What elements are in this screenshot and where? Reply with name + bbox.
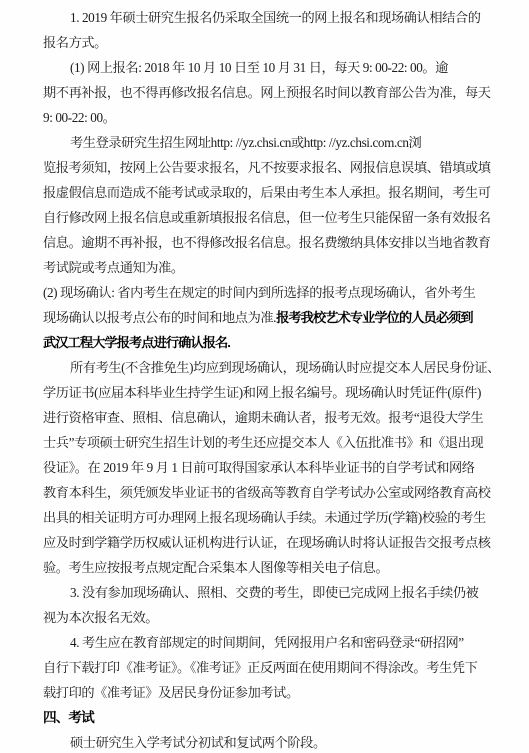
text-run: 3. 没有参加现场确认、照相、交费的考生，即使已完成网上报名手续仍被	[70, 585, 478, 600]
text-line: 3. 没有参加现场确认、照相、交费的考生，即使已完成网上报名手续仍被	[43, 580, 489, 605]
text-line: 载打印的《准考证》及居民身份证参加考试。	[43, 680, 489, 705]
text-run: 载打印的《准考证》及居民身份证参加考试。	[43, 685, 299, 700]
text-line: 报虚假信息而造成不能考试或录取的，后果由考生本人承担。报名期间，考生可	[43, 180, 489, 205]
text-line: 自行修改网上报名信息或重新填报报名信息，但一位考生只能保留一条有效报名	[43, 205, 489, 230]
bold-text-run: 四、考试	[43, 710, 94, 725]
bold-text-run: 武汉工程大学报考点进行确认报名.	[43, 335, 230, 350]
section-heading: 四、考试	[43, 705, 489, 730]
text-line: 览报考须知，按网上公告要求报名，凡不按要求报名、网报信息误填、错填或填	[43, 155, 489, 180]
text-line: 硕士研究生入学考试分初试和复试两个阶段。	[43, 730, 489, 753]
text-run: 自行下载打印《准考证》。《准考证》正反两面在使用期间不得涂改。考生凭下	[43, 660, 477, 675]
text-run: 役证》。在 2019 年 9 月 1 日前可取得国家承认本科毕业证书的自学考试和…	[43, 460, 475, 475]
text-line: 应及时到学籍学历权威认证机构进行认证，在现场确认时将认证报告交报考点核	[43, 530, 489, 555]
text-run: 视为本次报名无效。	[43, 610, 158, 625]
document-page: 1. 2019 年硕士研究生报名仍采取全国统一的网上报名和现场确认相结合的报名方…	[0, 0, 529, 753]
text-run: (2) 现场确认: 省内考生在规定的时间内到所选择的报考点现场确认，省外考生	[43, 285, 475, 300]
text-run: 学历证书(应届本科毕业生持学生证)和网上报名编号。现场确认时凭证件(原件)	[43, 385, 481, 400]
text-line: 出具的相关证明方可办理网上报名现场确认手续。未通过学历(学籍)校验的考生	[43, 505, 489, 530]
text-run: (1) 网上报名: 2018 年 10 月 10 日至 10 月 31 日，每天…	[70, 60, 448, 75]
text-line: 考生登录研究生招生网址http: //yz.chsi.cn或http: //yz…	[43, 130, 489, 155]
text-run: 报名方式。	[43, 35, 107, 50]
text-run: 9: 00-22: 00。	[43, 110, 115, 125]
text-line: 4. 考生应在教育部规定的时间期间，凭网报用户名和密码登录“研招网”	[43, 630, 489, 655]
text-line: 学历证书(应届本科毕业生持学生证)和网上报名编号。现场确认时凭证件(原件)	[43, 380, 489, 405]
text-line: 自行下载打印《准考证》。《准考证》正反两面在使用期间不得涂改。考生凭下	[43, 655, 489, 680]
text-line: 1. 2019 年硕士研究生报名仍采取全国统一的网上报名和现场确认相结合的	[43, 5, 489, 30]
document-body: 1. 2019 年硕士研究生报名仍采取全国统一的网上报名和现场确认相结合的报名方…	[43, 5, 489, 753]
text-run: 教育本科生，须凭颁发毕业证书的省级高等教育自学考试办公室或网络教育高校	[43, 485, 491, 500]
text-line: 报名方式。	[43, 30, 489, 55]
text-run: 硕士研究生入学考试分初试和复试两个阶段。	[70, 735, 326, 750]
text-run: 信息。逾期不再补报，也不得修改报名信息。报名费缴纳具体安排以当地省教育	[43, 235, 491, 250]
text-line: 现场确认以报考点公布的时间和地点为准.报考我校艺术专业学位的人员必须到	[43, 305, 489, 330]
text-run: 进行资格审查、照相、信息确认，逾期未确认者，报考无效。报考“退役大学生	[43, 410, 483, 425]
text-line: 武汉工程大学报考点进行确认报名.	[43, 330, 489, 355]
text-run: 报虚假信息而造成不能考试或录取的，后果由考生本人承担。报名期间，考生可	[43, 185, 491, 200]
text-run: 应及时到学籍学历权威认证机构进行认证，在现场确认时将认证报告交报考点核	[43, 535, 491, 550]
text-run: 期不再补报，也不得再修改报名信息。网上预报名时间以教育部公告为准，每天	[43, 85, 491, 100]
text-run: 所有考生(不含推免生)均应到现场确认，现场确认时应提交本人居民身份证、	[70, 360, 500, 375]
text-line: 9: 00-22: 00。	[43, 105, 489, 130]
text-run: 考试院或考点通知为准。	[43, 260, 184, 275]
text-line: 信息。逾期不再补报，也不得修改报名信息。报名费缴纳具体安排以当地省教育	[43, 230, 489, 255]
text-line: (1) 网上报名: 2018 年 10 月 10 日至 10 月 31 日，每天…	[43, 55, 489, 80]
text-line: 教育本科生，须凭颁发毕业证书的省级高等教育自学考试办公室或网络教育高校	[43, 480, 489, 505]
text-line: 考试院或考点通知为准。	[43, 255, 489, 280]
text-line: 验。考生应按报考点规定配合采集本人图像等相关电子信息。	[43, 555, 489, 580]
text-run: 1. 2019 年硕士研究生报名仍采取全国统一的网上报名和现场确认相结合的	[70, 10, 481, 25]
text-line: 视为本次报名无效。	[43, 605, 489, 630]
text-run: 览报考须知，按网上公告要求报名，凡不按要求报名、网报信息误填、错填或填	[43, 160, 491, 175]
text-line: 期不再补报，也不得再修改报名信息。网上预报名时间以教育部公告为准，每天	[43, 80, 489, 105]
text-run: 现场确认以报考点公布的时间和地点为准.	[43, 310, 276, 325]
text-line: 进行资格审查、照相、信息确认，逾期未确认者，报考无效。报考“退役大学生	[43, 405, 489, 430]
text-run: 自行修改网上报名信息或重新填报报名信息，但一位考生只能保留一条有效报名	[43, 210, 491, 225]
text-line: 士兵”专项硕士研究生招生计划的考生还应提交本人《入伍批准书》和《退出现	[43, 430, 489, 455]
text-run: 验。考生应按报考点规定配合采集本人图像等相关电子信息。	[43, 560, 388, 575]
bold-text-run: 报考我校艺术专业学位的人员必须到	[276, 310, 473, 325]
text-line: 役证》。在 2019 年 9 月 1 日前可取得国家承认本科毕业证书的自学考试和…	[43, 455, 489, 480]
text-line: (2) 现场确认: 省内考生在规定的时间内到所选择的报考点现场确认，省外考生	[43, 280, 489, 305]
text-run: 4. 考生应在教育部规定的时间期间，凭网报用户名和密码登录“研招网”	[70, 635, 464, 650]
text-run: 士兵”专项硕士研究生招生计划的考生还应提交本人《入伍批准书》和《退出现	[43, 435, 483, 450]
text-line: 所有考生(不含推免生)均应到现场确认，现场确认时应提交本人居民身份证、	[43, 355, 489, 380]
text-run: 出具的相关证明方可办理网上报名现场确认手续。未通过学历(学籍)校验的考生	[43, 510, 486, 525]
text-run: 考生登录研究生招生网址http: //yz.chsi.cn或http: //yz…	[70, 135, 421, 150]
